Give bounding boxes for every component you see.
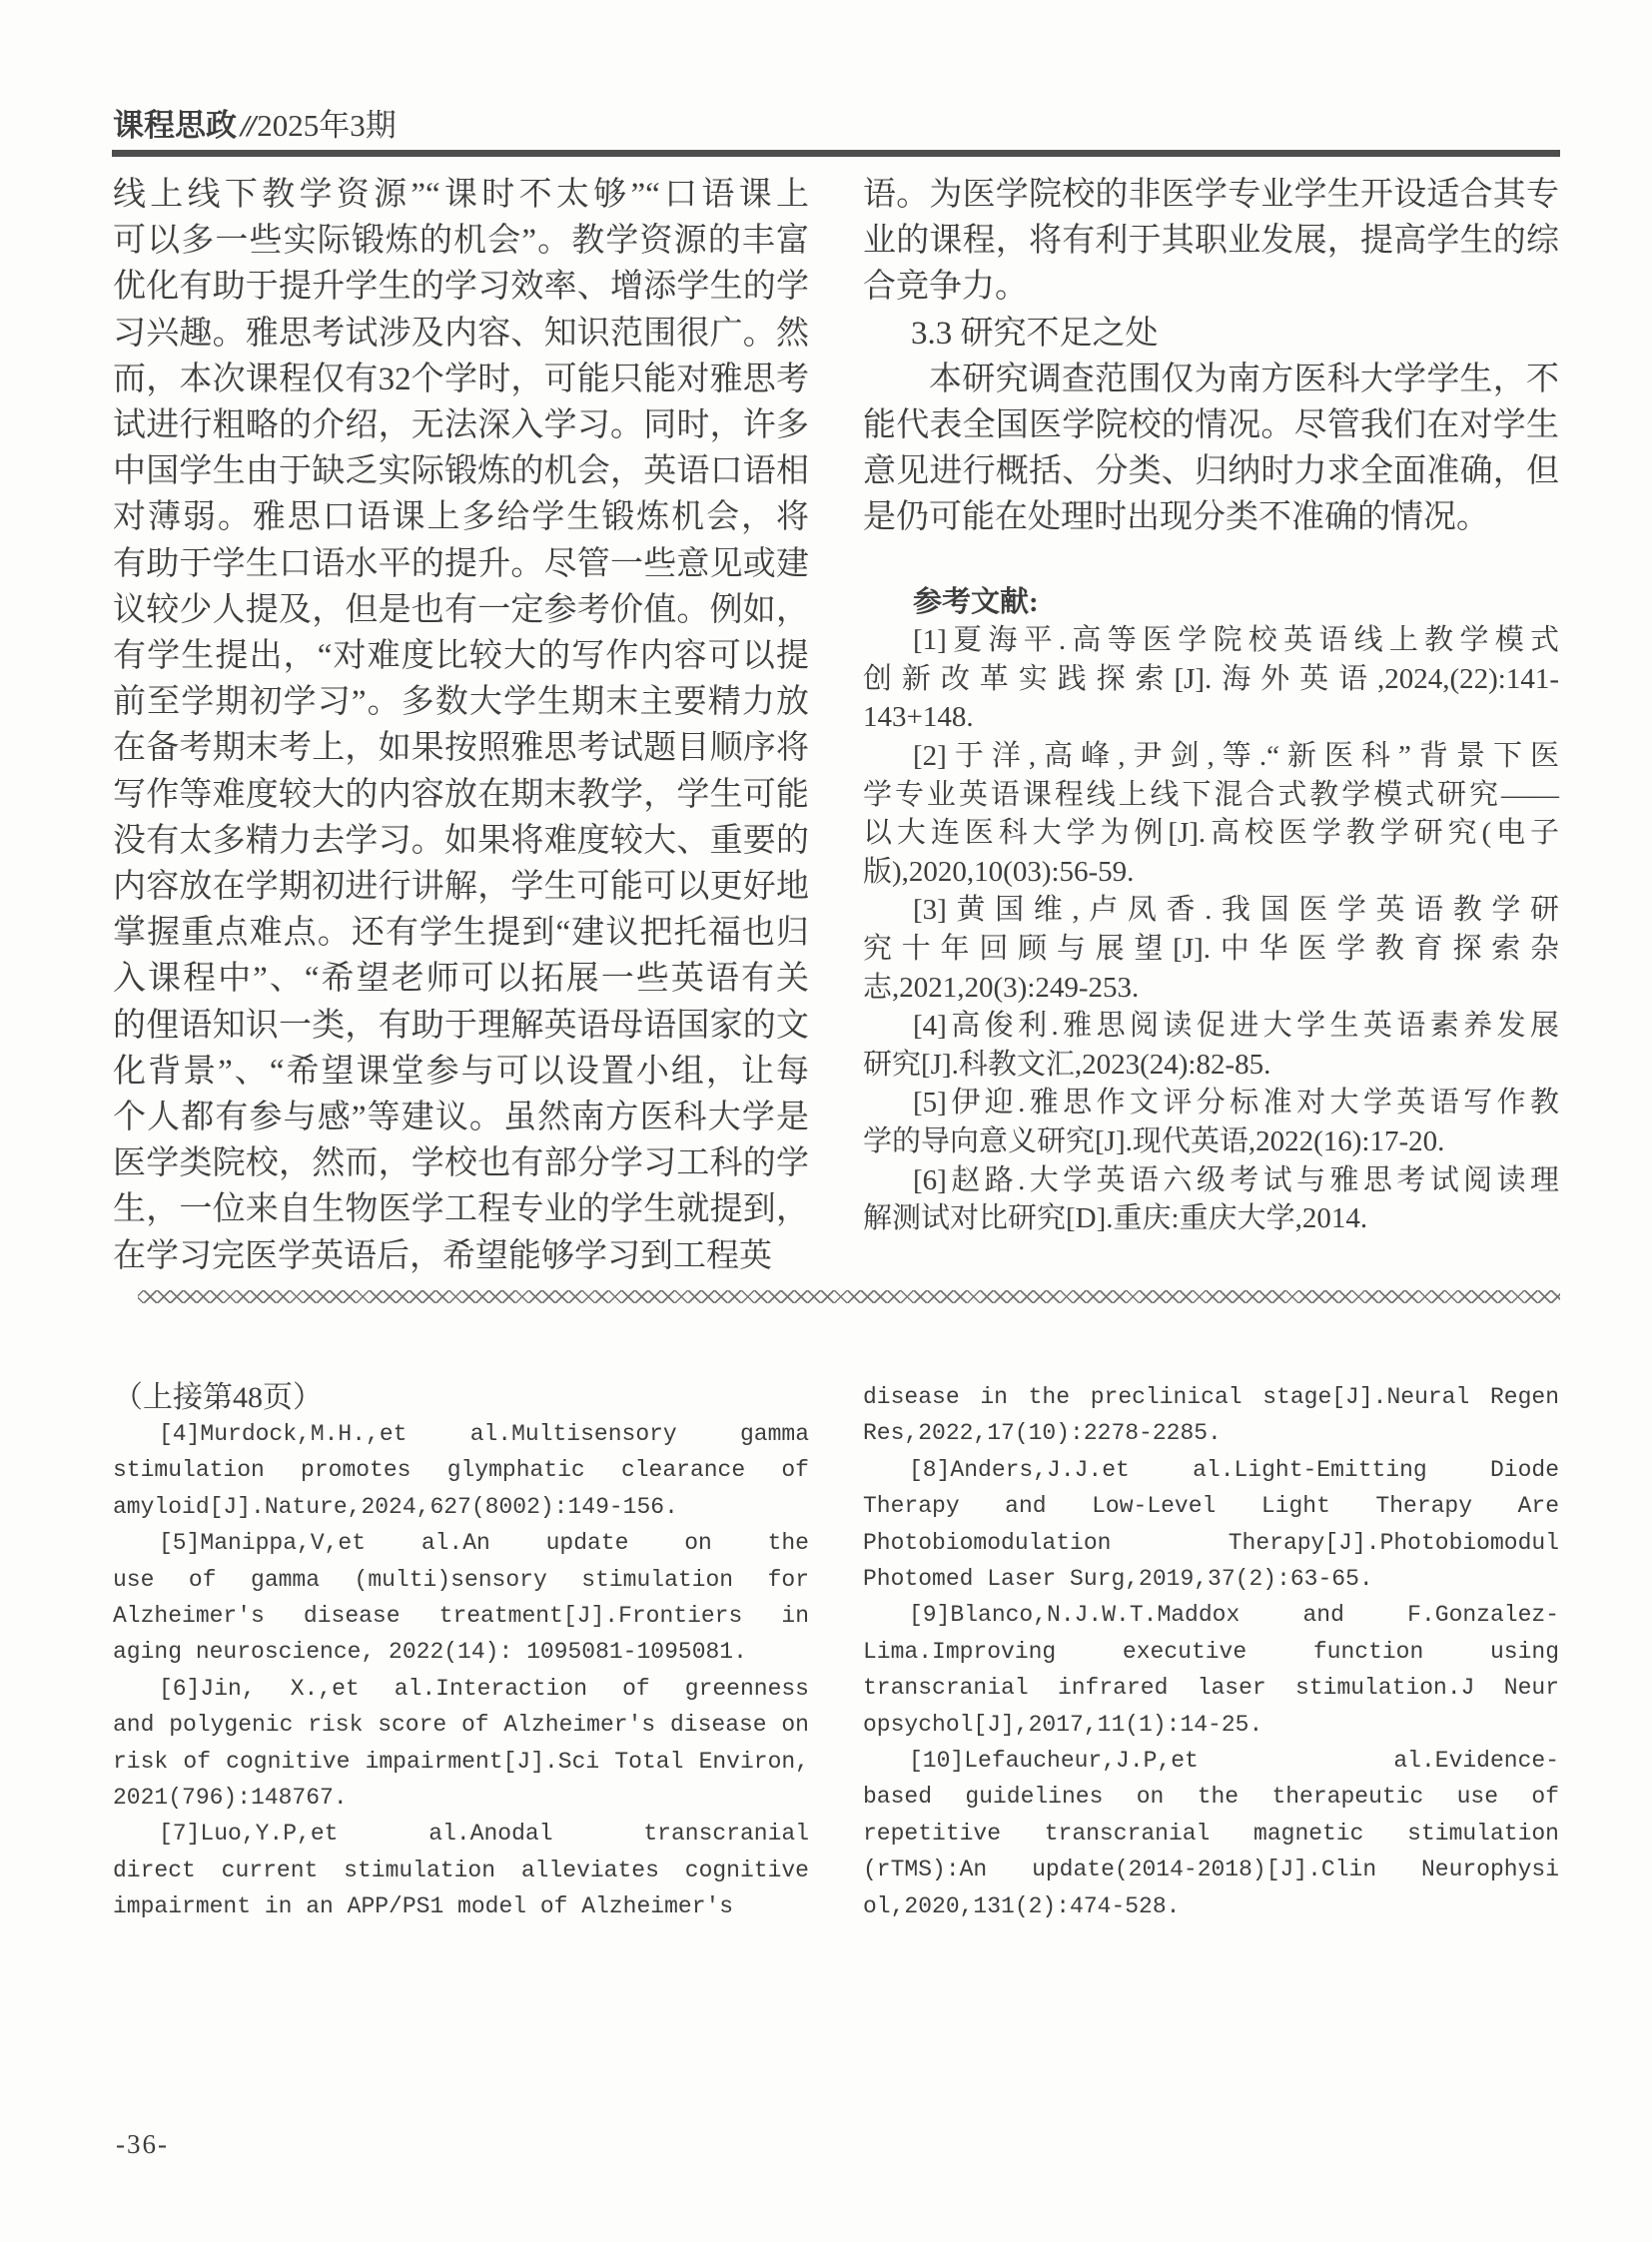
journal-issue: 2025年3期 — [257, 108, 397, 143]
text-line: 生，一位来自生物医学工程专业的学生就提到， — [113, 1186, 809, 1232]
text-line: 优化有助于提升学生的学习效率、增添学生的学 — [113, 264, 809, 310]
reference-line: ol,2020,131(2):474-528. — [863, 1888, 1559, 1924]
text-line: 入课程中”、“希望老师可以拓展一些英语有关 — [113, 956, 809, 1002]
reference-item: [5]Manippa,V,et al.An update on theuse o… — [113, 1525, 809, 1671]
reference-item: [8]Anders,J.J.et al.Light-Emitting Diode… — [863, 1452, 1559, 1598]
text-line: 医学类院校，然而，学校也有部分学习工科的学 — [113, 1140, 809, 1186]
text-line: 中国学生由于缺乏实际锻炼的机会，英语口语相 — [113, 448, 809, 494]
reference-item: [4]高俊利.雅思阅读促进大学生英语素养发展研究[J].科教文汇,2023(24… — [863, 1007, 1559, 1084]
reference-line: [3]黄国维,卢凤香.我国医学英语教学研 — [863, 891, 1559, 930]
references-list-english-left: [4]Murdock,M.H.,et al.Multisensory gamma… — [113, 1416, 809, 1925]
journal-name: 课程思政 — [113, 108, 237, 143]
reference-line: [5]伊迎.雅思作文评分标准对大学英语写作教 — [863, 1084, 1559, 1122]
text-line: 写作等难度较大的内容放在期末教学，学生可能 — [113, 772, 809, 818]
text-line: 前至学期初学习”。多数大学生期末主要精力放 — [113, 679, 809, 725]
text-line: 掌握重点难点。还有学生提到“建议把托福也归 — [113, 910, 809, 956]
reference-line: 以大连医科大学为例[J].高校医学教学研究(电子 — [863, 814, 1559, 853]
continued-from-note: （上接第48页） — [113, 1379, 809, 1416]
paragraph-continuation: 语。为医学院校的非医学专业学生开设适合其专业的课程，将有利于其职业发展，提高学生… — [863, 172, 1559, 311]
text-line: 而，本次课程仅有32个学时，可能只能对雅思考 — [113, 357, 809, 402]
references-block: 参考文献: [1]夏海平.高等医学院校英语线上教学模式创新改革实践探索[J].海… — [863, 583, 1559, 1238]
reference-line: and polygenic risk score of Alzheimer's … — [113, 1707, 809, 1743]
section-divider — [138, 1290, 1560, 1303]
reference-line: [6]赵路.大学英语六级考试与雅思考试阅读理 — [863, 1161, 1559, 1200]
reference-line: 143+148. — [863, 698, 1559, 737]
subsection-heading: 3.3 研究不足之处 — [863, 311, 1559, 357]
text-line: 议较少人提及，但是也有一定参考价值。例如， — [113, 587, 809, 633]
reference-line: Alzheimer's disease treatment[J].Frontie… — [113, 1598, 809, 1634]
text-line: 本研究调查范围仅为南方医科大学学生，不 — [863, 357, 1559, 402]
text-line: Res,2022,17(10):2278-2285. — [863, 1415, 1559, 1451]
text-line: 合竞争力。 — [863, 264, 1559, 310]
reference-line: [4]高俊利.雅思阅读促进大学生英语素养发展 — [863, 1007, 1559, 1046]
text-line: 对薄弱。雅思口语课上多给学生锻炼机会，将 — [113, 494, 809, 540]
text-line: 可以多一些实际锻炼的机会”。教学资源的丰富 — [113, 218, 809, 264]
article-paragraph: 线上线下教学资源”“课时不太够”“口语课上可以多一些实际锻炼的机会”。教学资源的… — [113, 172, 809, 1279]
journal-header: 课程思政//2025年3期 — [113, 100, 397, 145]
reference-line: [9]Blanco,N.J.W.T.Maddox and F.Gonzalez- — [863, 1597, 1559, 1633]
article-paragraph: 本研究调查范围仅为南方医科大学学生，不能代表全国医学院校的情况。尽管我们在对学生… — [863, 357, 1559, 541]
article-column-right: 语。为医学院校的非医学专业学生开设适合其专业的课程，将有利于其职业发展，提高学生… — [863, 172, 1559, 1279]
reference-line: [8]Anders,J.J.et al.Light-Emitting Diode — [863, 1452, 1559, 1488]
text-line: 业的课程，将有利于其职业发展，提高学生的综 — [863, 218, 1559, 264]
top-section: 线上线下教学资源”“课时不太够”“口语课上可以多一些实际锻炼的机会”。教学资源的… — [113, 172, 1559, 1279]
reference-line: 创新改革实践探索[J].海外英语,2024,(22):141- — [863, 660, 1559, 699]
reference-line: (rTMS):An update(2014-2018)[J].Clin Neur… — [863, 1852, 1559, 1887]
text-line: 线上线下教学资源”“课时不太够”“口语课上 — [113, 172, 809, 218]
reference-line: stimulation promotes glymphatic clearanc… — [113, 1452, 809, 1488]
reference-line: [5]Manippa,V,et al.An update on the — [113, 1525, 809, 1561]
text-line: 意见进行概括、分类、归纳时力求全面准确，但 — [863, 448, 1559, 494]
reference-line: Lima.Improving executive function using — [863, 1634, 1559, 1670]
text-line: 内容放在学期初进行讲解，学生可能可以更好地 — [113, 864, 809, 910]
references-list-english-right: [8]Anders,J.J.et al.Light-Emitting Diode… — [863, 1452, 1559, 1924]
text-line: 有助于学生口语水平的提升。尽管一些意见或建 — [113, 541, 809, 587]
text-line: 没有太多精力去学习。如果将难度较大、重要的 — [113, 818, 809, 864]
bottom-section: （上接第48页） [4]Murdock,M.H.,et al.Multisens… — [113, 1379, 1559, 1925]
reference-line: [2]于洋,高峰,尹剑,等.“新医科”背景下医 — [863, 737, 1559, 776]
text-line: 试进行粗略的介绍，无法深入学习。同时，许多 — [113, 402, 809, 448]
reference-item: [2]于洋,高峰,尹剑,等.“新医科”背景下医学专业英语课程线上线下混合式教学模… — [863, 737, 1559, 891]
reference-line: Photomed Laser Surg,2019,37(2):63-65. — [863, 1561, 1559, 1597]
reference-line: direct current stimulation alleviates co… — [113, 1853, 809, 1888]
page-number: -36- — [116, 2129, 169, 2160]
reference-line: 研究[J].科教文汇,2023(24):82-85. — [863, 1046, 1559, 1085]
reference-item: [5]伊迎.雅思作文评分标准对大学英语写作教学的导向意义研究[J].现代英语,2… — [863, 1084, 1559, 1160]
reference-item: [6]赵路.大学英语六级考试与雅思考试阅读理解测试对比研究[D].重庆:重庆大学… — [863, 1161, 1559, 1238]
text-line: 能代表全国医学院校的情况。尽管我们在对学生 — [863, 402, 1559, 448]
reference-line: risk of cognitive impairment[J].Sci Tota… — [113, 1744, 809, 1780]
reference-line: 2021(796):148767. — [113, 1780, 809, 1816]
reference-line: Therapy and Low-Level Light Therapy Are — [863, 1488, 1559, 1524]
text-line: 个人都有参与感”等建议。虽然南方医科大学是 — [113, 1095, 809, 1140]
text-line: 的俚语知识一类，有助于理解英语母语国家的文 — [113, 1003, 809, 1049]
header-separator: // — [241, 108, 254, 143]
reference-item: [3]黄国维,卢凤香.我国医学英语教学研究十年回顾与展望[J].中华医学教育探索… — [863, 891, 1559, 1007]
reference-line: 究十年回顾与展望[J].中华医学教育探索杂 — [863, 930, 1559, 969]
references-title: 参考文献: — [863, 583, 1559, 622]
reference-line: 志,2021,20(3):249-253. — [863, 969, 1559, 1008]
reference-line: amyloid[J].Nature,2024,627(8002):149-156… — [113, 1489, 809, 1525]
reference-line: impairment in an APP/PS1 model of Alzhei… — [113, 1888, 809, 1924]
reference-item: [7]Luo,Y.P,et al.Anodal transcranialdire… — [113, 1816, 809, 1924]
text-line: 化背景”、“希望课堂参与可以设置小组，让每 — [113, 1049, 809, 1095]
reference-line: 解测试对比研究[D].重庆:重庆大学,2014. — [863, 1199, 1559, 1238]
continued-column-right: disease in the preclinical stage[J].Neur… — [863, 1379, 1559, 1925]
reference-line: [10]Lefaucheur,J.P,et al.Evidence- — [863, 1743, 1559, 1779]
reference-line: 学专业英语课程线上线下混合式教学模式研究—— — [863, 776, 1559, 815]
reference-line: opsychol[J],2017,11(1):14-25. — [863, 1707, 1559, 1743]
text-line: 有学生提出，“对难度比较大的写作内容可以提 — [113, 633, 809, 679]
reference-item: [4]Murdock,M.H.,et al.Multisensory gamma… — [113, 1416, 809, 1525]
continued-column-left: （上接第48页） [4]Murdock,M.H.,et al.Multisens… — [113, 1379, 809, 1925]
reference-item: [6]Jin, X.,et al.Interaction of greennes… — [113, 1671, 809, 1817]
reference-line: use of gamma (multi)sensory stimulation … — [113, 1562, 809, 1598]
reference-line: [7]Luo,Y.P,et al.Anodal transcranial — [113, 1816, 809, 1852]
reference-continuation: disease in the preclinical stage[J].Neur… — [863, 1379, 1559, 1452]
reference-line: [6]Jin, X.,et al.Interaction of greennes… — [113, 1671, 809, 1707]
reference-line: based guidelines on the therapeutic use … — [863, 1779, 1559, 1815]
reference-line: transcranial infrared laser stimulation.… — [863, 1670, 1559, 1706]
reference-line: 版),2020,10(03):56-59. — [863, 853, 1559, 892]
reference-line: [4]Murdock,M.H.,et al.Multisensory gamma — [113, 1416, 809, 1452]
text-line: 在备考期末考上，如果按照雅思考试题目顺序将 — [113, 725, 809, 771]
text-line: 语。为医学院校的非医学专业学生开设适合其专 — [863, 172, 1559, 218]
text-line: 在学习完医学英语后，希望能够学习到工程英 — [113, 1233, 809, 1279]
reference-item: [9]Blanco,N.J.W.T.Maddox and F.Gonzalez-… — [863, 1597, 1559, 1743]
header-rule — [112, 150, 1560, 157]
reference-line: Photobiomodulation Therapy[J].Photobiomo… — [863, 1525, 1559, 1561]
text-line: 是仍可能在处理时出现分类不准确的情况。 — [863, 494, 1559, 540]
reference-line: repetitive transcranial magnetic stimula… — [863, 1816, 1559, 1852]
reference-item: [10]Lefaucheur,J.P,et al.Evidence-based … — [863, 1743, 1559, 1924]
reference-item: [1]夏海平.高等医学院校英语线上教学模式创新改革实践探索[J].海外英语,20… — [863, 621, 1559, 737]
text-line: 习兴趣。雅思考试涉及内容、知识范围很广。然 — [113, 311, 809, 357]
article-column-left: 线上线下教学资源”“课时不太够”“口语课上可以多一些实际锻炼的机会”。教学资源的… — [113, 172, 809, 1279]
reference-line: 学的导向意义研究[J].现代英语,2022(16):17-20. — [863, 1122, 1559, 1161]
reference-line: [1]夏海平.高等医学院校英语线上教学模式 — [863, 621, 1559, 660]
references-list-chinese: [1]夏海平.高等医学院校英语线上教学模式创新改革实践探索[J].海外英语,20… — [863, 621, 1559, 1238]
reference-line: aging neuroscience, 2022(14): 1095081-10… — [113, 1634, 809, 1670]
text-line: disease in the preclinical stage[J].Neur… — [863, 1379, 1559, 1415]
